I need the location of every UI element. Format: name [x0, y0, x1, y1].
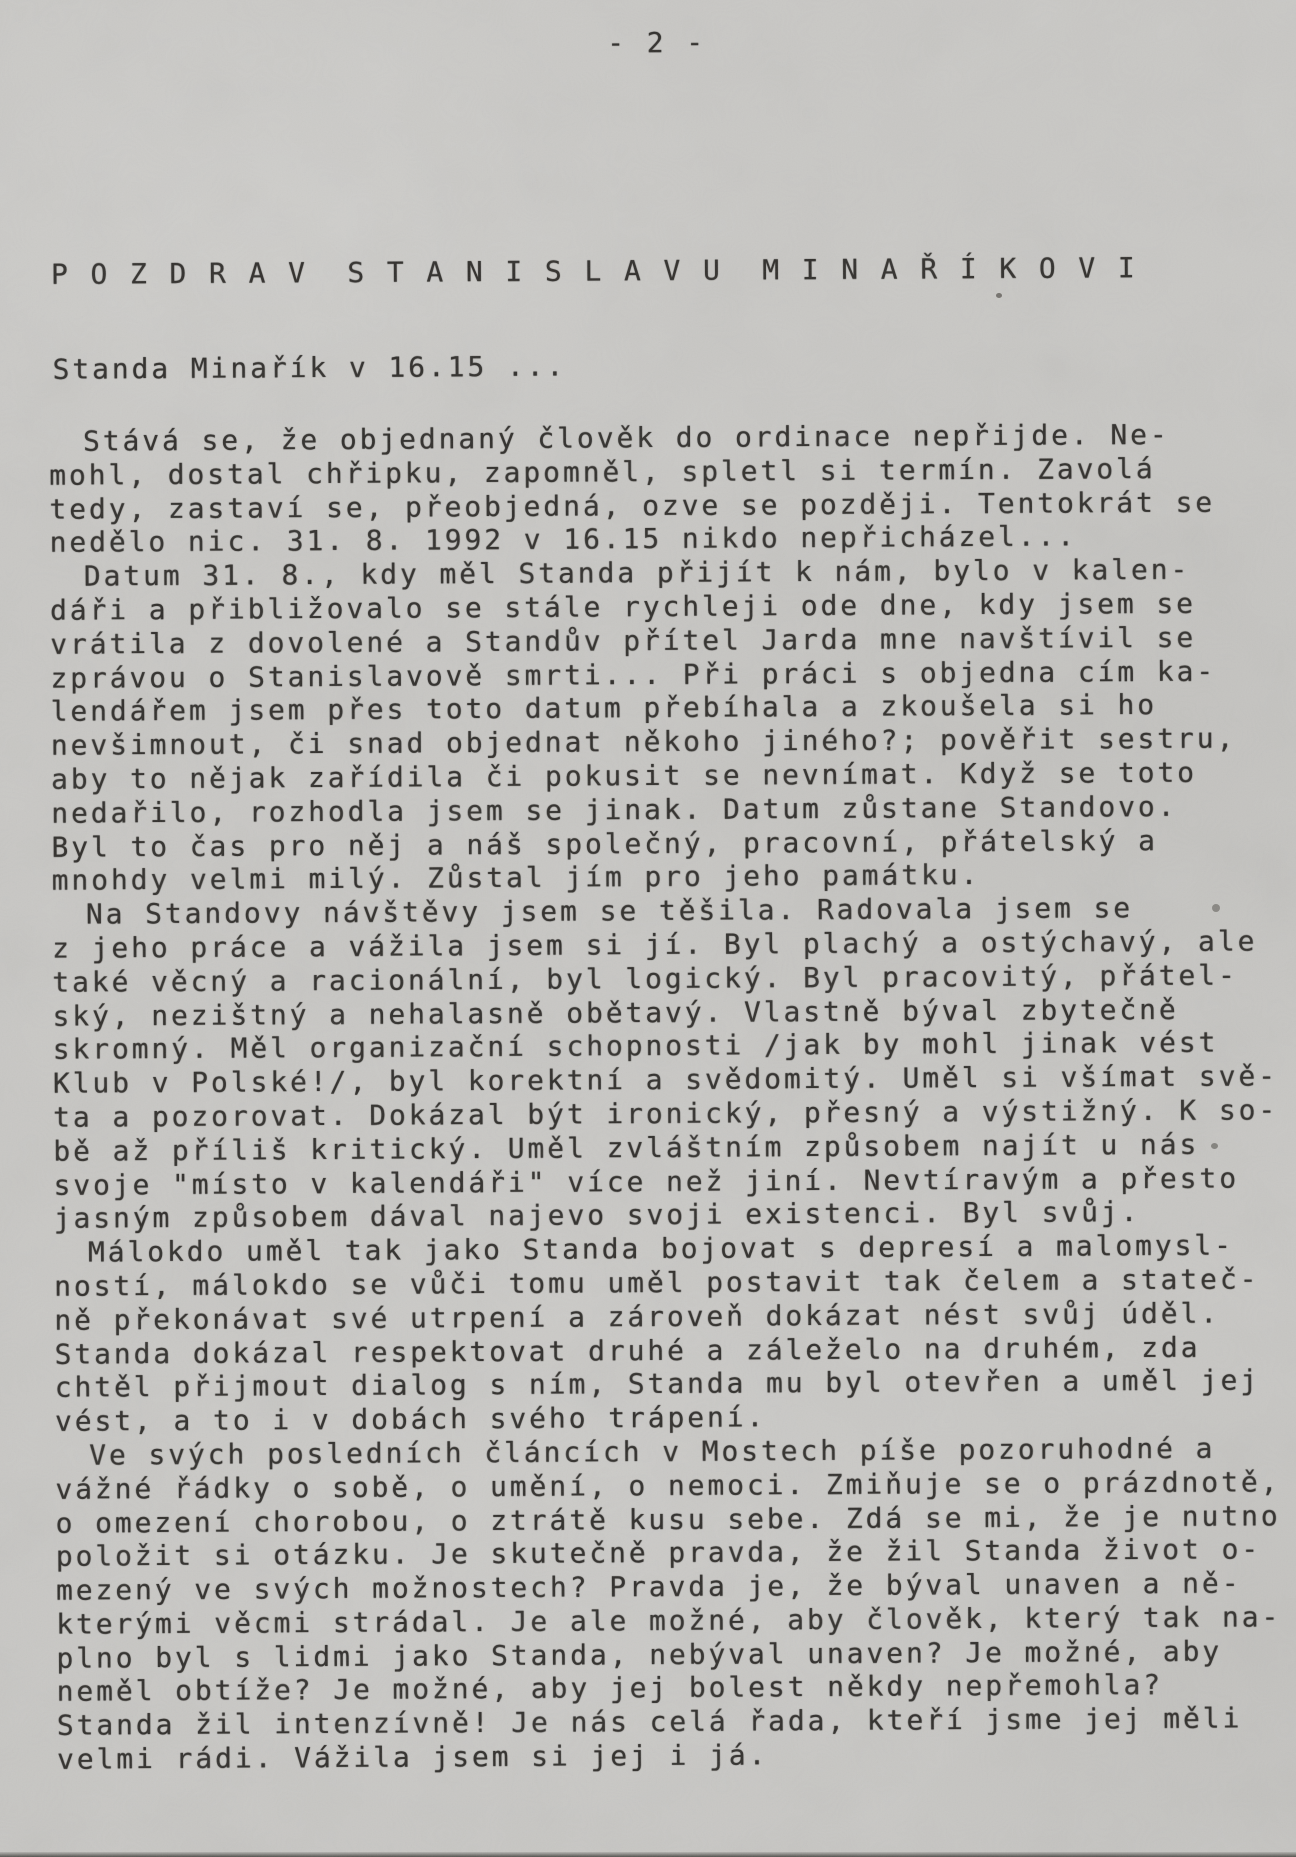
paper-speck — [1212, 904, 1220, 912]
document-title: P O Z D R A V S T A N I S L A V U M I N … — [51, 251, 1138, 291]
document-body: Stává se, že objednaný člověk do ordinac… — [49, 417, 1296, 1777]
paragraph: Datum 31. 8., kdy měl Standa přijít k ná… — [50, 552, 1296, 898]
scanned-document: { "document": { "page_number": "- 2 -", … — [0, 0, 1296, 1857]
paper-speck — [1211, 1143, 1218, 1149]
paragraph: Stává se, že objednaný člověk do ordinac… — [49, 417, 1296, 560]
document-subtitle: Standa Minařík v 16.15 ... — [52, 349, 566, 385]
scan-bottom-edge — [0, 1852, 1296, 1857]
typewritten-sheet: - 2 - P O Z D R A V S T A N I S L A V U … — [0, 0, 1296, 1857]
paragraph: Na Standovy návštěvy jsem se těšila. Rad… — [52, 890, 1296, 1236]
typewritten-line: velmi rádi. Vážila jsem si jej i já. — [57, 1735, 1296, 1776]
paper-speck — [996, 293, 1002, 298]
paragraph: Ve svých posledních článcích v Mostech p… — [55, 1431, 1296, 1777]
page-number: - 2 - — [8, 22, 1296, 63]
paragraph: Málokdo uměl tak jako Standa bojovat s d… — [54, 1228, 1296, 1438]
